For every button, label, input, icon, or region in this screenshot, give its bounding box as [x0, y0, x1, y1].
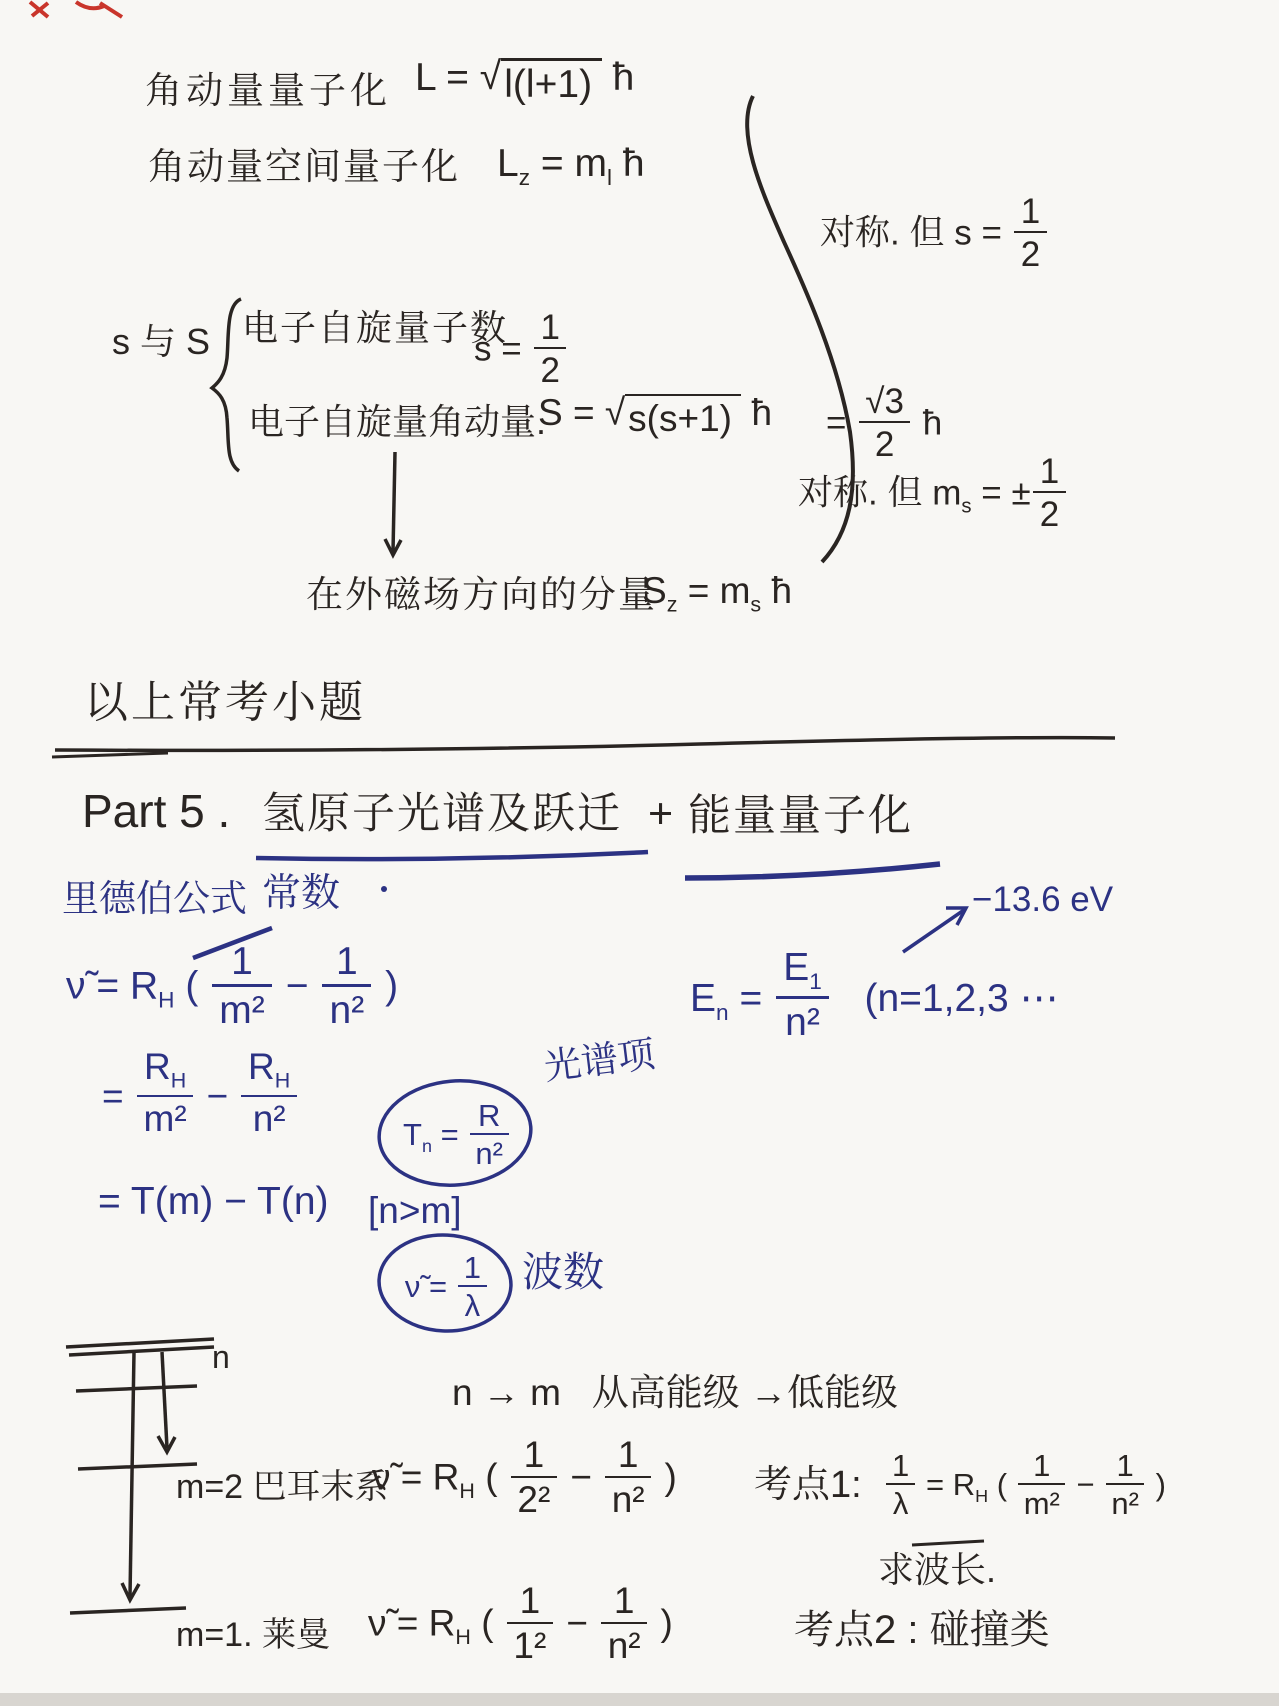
exam-point1-label: 考点1: — [754, 1464, 862, 1507]
spin-ang-momentum-formula: S = √s(s+1) ħ — [538, 392, 772, 440]
ang-momentum-formula: L = √l(l+1) ħ — [415, 56, 634, 107]
spin-ang-momentum-label: 电子自旋量角动量. — [248, 402, 546, 442]
constant-dot — [381, 886, 387, 892]
spin-header: s 与 S — [112, 322, 210, 362]
exam-point1-formula: 1λ = RH ( 1m² − 1n² ) — [884, 1450, 1166, 1519]
spin-quantum-number-label: 电子自旋量子数 — [242, 308, 508, 348]
ground-energy-arrow-icon — [903, 908, 966, 952]
space-quantization-label: 角动量空间量子化 — [148, 146, 460, 187]
part5-plus: + — [648, 790, 673, 838]
rydberg-label: 里德伯公式 — [62, 878, 247, 919]
notebook-page: 角动量量子化 L = √l(l+1) ħ 角动量空间量子化 Lz = ml ħ … — [0, 0, 1279, 1706]
ang-momentum-quantization-label: 角动量量子化 — [145, 70, 391, 111]
n-greater-m-condition: [n>m] — [368, 1190, 462, 1231]
part5-topic2: 能量量子化 — [688, 792, 913, 840]
term-difference-formula: = T(m) − T(n) — [98, 1180, 329, 1224]
exam-point2-note: 考点2 : 碰撞类 — [794, 1608, 1050, 1653]
exam-point1-note: 求波长. — [878, 1550, 996, 1590]
spin-ang-momentum-value: = √32 ħ — [826, 384, 942, 462]
lyman-series-formula: ν̃ = RH ( 11² − 1n² ) — [368, 1582, 673, 1664]
red-edge-marks — [30, 2, 122, 17]
topic1-underline — [256, 852, 648, 859]
section-divider — [52, 738, 1115, 757]
z-component-formula: Sz = ms ħ — [642, 570, 792, 617]
wavenumber-formula: ν̃ = 1λ — [392, 1252, 502, 1321]
spin-quantum-number-formula: s = 12 — [474, 310, 569, 388]
part5-topic1: 氢原子光谱及跃迁 — [262, 790, 622, 838]
topic2-underline — [685, 864, 940, 878]
transition-direction-note: n → m 从高能级 →低能级 — [452, 1372, 898, 1413]
spectral-term-formula: Tn = Rn² — [382, 1100, 532, 1169]
page-bottom-edge — [0, 1693, 1279, 1706]
balmer-series-formula: ν̃ = RH ( 12² − 1n² ) — [372, 1436, 677, 1518]
symmetry-ms-note: 对称. 但 ms = ±12 — [798, 454, 1068, 532]
common-exam-footer: 以上常考小题 — [84, 678, 366, 727]
wavenumber-label: 波数 — [522, 1250, 604, 1296]
ground-state-energy: −13.6 eV — [972, 880, 1113, 919]
energy-level-formula: En = E1n² (n=1,2,3 ⋯ — [690, 948, 1059, 1042]
expanded-rydberg-formula: = RHm² − RHn² — [102, 1048, 300, 1137]
wavelength-overline — [912, 1541, 984, 1545]
down-arrow-icon — [385, 452, 401, 555]
lz-formula: Lz = ml ħ — [497, 142, 645, 190]
z-component-label: 在外磁场方向的分量 — [306, 574, 657, 615]
constant-label: 常数 — [262, 872, 340, 916]
spectral-term-label: 光谱项 — [542, 1033, 657, 1088]
spin-brace-icon — [212, 299, 241, 471]
symmetry-s-note: 对称. 但 s = 12 — [820, 194, 1049, 272]
lyman-level-label: m=1. 莱曼 — [176, 1616, 330, 1654]
part5-prefix: Part 5 . — [82, 786, 230, 838]
level-n-label: n — [212, 1340, 230, 1376]
rydberg-formula: ν̃ = RH ( 1m² − 1n² ) — [66, 942, 398, 1030]
balmer-level-label: m=2 巴耳末系 — [176, 1468, 389, 1506]
